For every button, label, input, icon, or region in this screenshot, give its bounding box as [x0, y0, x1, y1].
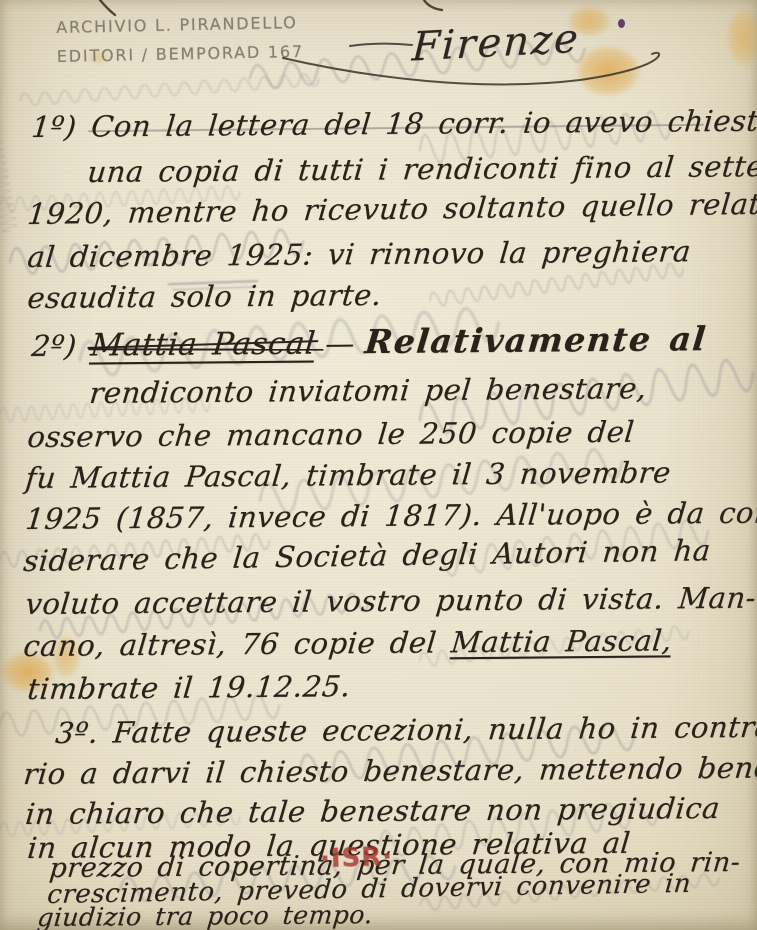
struck-out-title: Mattia Pascal	[89, 326, 317, 364]
dash: —	[324, 326, 357, 360]
letter-line: una copia di tutti i rendiconti fino al …	[86, 148, 757, 189]
letter-line: 1º) Con la lettera del 18 corr. io avevo…	[30, 104, 757, 144]
item-number: 2º)	[30, 329, 78, 363]
letter-line: 1925 (1857, invece di 1817). All'uopo è …	[24, 495, 757, 536]
place-heading: Firenze	[411, 16, 581, 71]
ink-dot	[618, 19, 625, 28]
letter-line: rio a darvi il chiesto benestare, metten…	[22, 750, 757, 791]
archive-note-line: EDITORI / BEMPORAD 167	[57, 37, 305, 71]
paper-stain	[576, 46, 640, 96]
letter-line: timbrate il 19.12.25.	[26, 669, 352, 706]
letter-line: voluto accettare il vostro punto di vist…	[24, 581, 757, 621]
letter-line: fu Mattia Pascal, timbrate il 3 novembre	[24, 455, 673, 495]
letter-line: rendiconto inviatomi pel benestare,	[88, 371, 648, 410]
letter-line: 1920, mentre ho ricevuto soltanto quello…	[26, 186, 757, 231]
letter-line-text: cano, altresì, 76 copie del	[22, 625, 453, 663]
underlined-title: Mattia Pascal,	[450, 623, 674, 659]
letter-line: cano, altresì, 76 copie del Mattia Pasca…	[22, 623, 674, 663]
archive-note: ARCHIVIO L. PIRANDELLO EDITORI / BEMPORA…	[56, 8, 304, 71]
emphasized-text: Relativamente al	[363, 319, 708, 361]
letter-line: esaudita solo in parte.	[26, 278, 383, 315]
letter-line: 2º)Mattia Pascal—Relativamente al	[30, 319, 709, 364]
handwritten-letter-page: ARCHIVIO L. PIRANDELLO EDITORI / BEMPORA…	[0, 0, 757, 930]
letter-line: giudizio tra poco tempo.	[36, 900, 374, 930]
paper-stain	[727, 8, 757, 66]
letter-line: 3º. Fatte queste eccezioni, nulla ho in …	[54, 710, 757, 750]
letter-line: siderare che la Società degli Autori non…	[22, 533, 712, 578]
archive-stamp: ·ISR·	[319, 842, 393, 875]
letter-line: osservo che mancano le 250 copie del	[26, 415, 636, 454]
letter-line: al dicembre 1925: vi rinnovo la preghier…	[26, 234, 693, 274]
